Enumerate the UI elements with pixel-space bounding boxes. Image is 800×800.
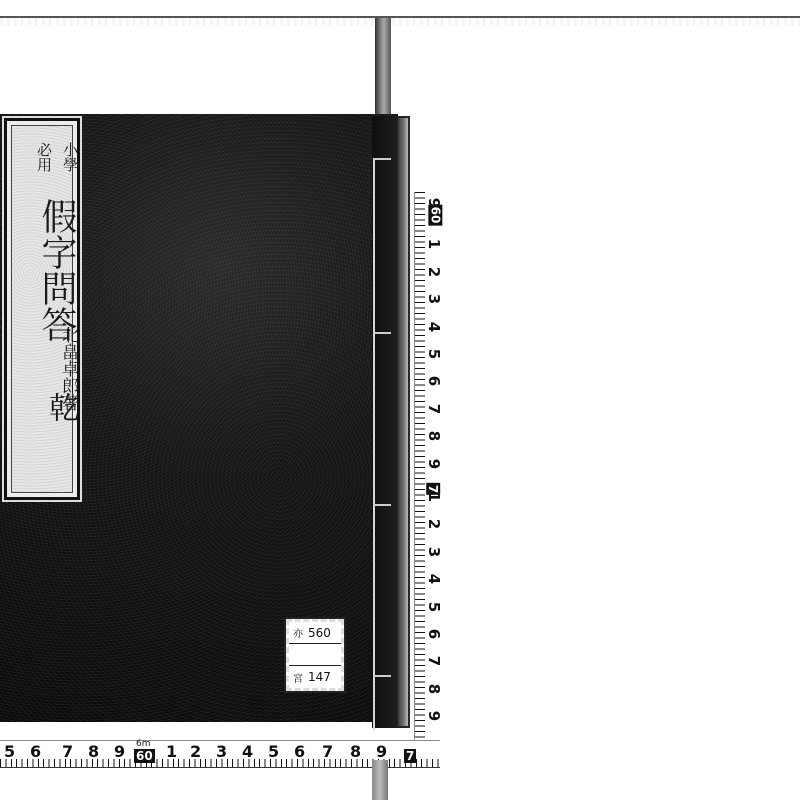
- ruler-number: 9: [425, 709, 443, 723]
- label-number: 147: [308, 670, 331, 684]
- subtitle-left: 必用: [34, 142, 55, 172]
- ruler-number: 6: [294, 742, 305, 761]
- vertical-ruler: 9123456789123456789607: [414, 192, 443, 754]
- ruler-number: 4: [425, 572, 443, 586]
- ruler-badge: 7: [426, 483, 440, 495]
- ruler-number: 6: [425, 374, 443, 388]
- binding-stitch: [373, 504, 391, 506]
- ruler-number: 4: [242, 742, 253, 761]
- ruler-number: 8: [350, 742, 361, 761]
- bookmark-ribbon-top: [375, 18, 391, 118]
- ruler-badge: 7: [404, 749, 416, 763]
- ruler-badge: 60: [134, 749, 155, 763]
- binding-stitch: [373, 158, 391, 160]
- ruler-number: 1: [166, 742, 177, 761]
- label-row-2: [289, 644, 341, 666]
- main-title: 假字問答: [38, 198, 74, 342]
- bookmark-ribbon-bottom: [372, 760, 388, 800]
- title-slip: 小學 必用 假字問答 北畠卓郎著 乾: [4, 118, 80, 500]
- ruler-number: 7: [322, 742, 333, 761]
- ruler-number: 5: [4, 742, 15, 761]
- ruler-number: 3: [425, 292, 443, 306]
- ruler-number: 6: [425, 627, 443, 641]
- title-slip-inner: 小學 必用 假字問答 北畠卓郎著 乾: [11, 125, 73, 493]
- ruler-number: 3: [216, 742, 227, 761]
- label-mark: 亦: [293, 625, 303, 640]
- ruler-number: 1: [425, 237, 443, 251]
- library-label: 亦 560 宮 147: [286, 619, 344, 691]
- label-mark: 宮: [293, 670, 303, 685]
- ruler-number: 2: [190, 742, 201, 761]
- ruler-number: 5: [425, 347, 443, 361]
- ruler-number: 8: [425, 682, 443, 696]
- ruler-number: 8: [88, 742, 99, 761]
- scan-noise: [0, 18, 800, 26]
- page-edge: [398, 118, 408, 726]
- ruler-number: 5: [425, 600, 443, 614]
- label-row-3: 宮 147: [289, 666, 341, 688]
- ruler-unit: 6m: [136, 739, 151, 749]
- binding-thread: [373, 158, 375, 730]
- subtitle-right: 小學: [60, 142, 81, 172]
- ruler-number: 5: [268, 742, 279, 761]
- ruler-number: 7: [425, 402, 443, 416]
- volume-mark: 乾: [38, 392, 82, 422]
- binding-stitch: [373, 675, 391, 677]
- label-number: 560: [308, 626, 331, 640]
- ruler-number: 2: [425, 265, 443, 279]
- ruler-badge: 60: [428, 205, 442, 226]
- ruler-number: 4: [425, 320, 443, 334]
- label-row-1: 亦 560: [289, 622, 341, 644]
- ruler-number: 9: [376, 742, 387, 761]
- ruler-number: 6: [30, 742, 41, 761]
- ruler-number: 9: [425, 457, 443, 471]
- ruler-number: 8: [425, 429, 443, 443]
- ruler-number: 9: [114, 742, 125, 761]
- binding-stitch: [373, 332, 391, 334]
- ruler-number: 3: [425, 545, 443, 559]
- ruler-ticks: [415, 192, 425, 754]
- ruler-number: 2: [425, 517, 443, 531]
- ruler-number: 7: [62, 742, 73, 761]
- ruler-number: 7: [425, 654, 443, 668]
